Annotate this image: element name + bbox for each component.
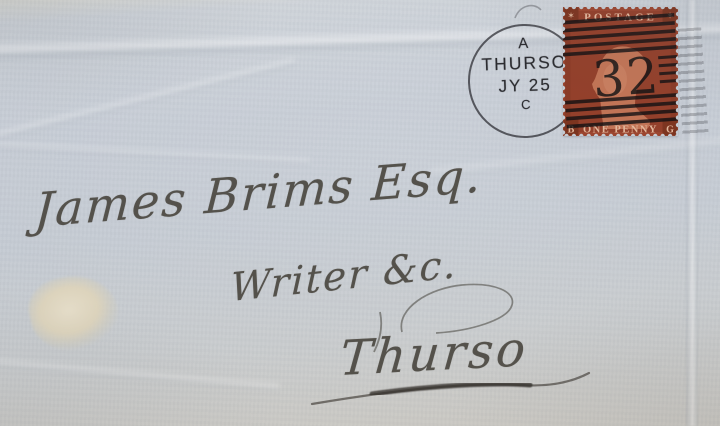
- paper-crease: [0, 55, 296, 149]
- cancel-bars-ghost: [675, 27, 709, 139]
- stain-spot: [23, 268, 124, 359]
- ink-smudge: [515, 6, 541, 18]
- paper-crease: [0, 140, 310, 167]
- address-line-1: James Brims Esq.: [33, 148, 484, 239]
- underline-ink-blob: [372, 384, 530, 394]
- postmark-top-letter: A: [518, 35, 530, 52]
- postmark-date: JY 25: [498, 75, 552, 97]
- stamp-artwork: ✶ ✶ POSTAGE ONE PENNY B G: [563, 7, 678, 136]
- penny-red-stamp: ✶ ✶ POSTAGE ONE PENNY B G: [563, 7, 678, 136]
- address-line-2: Writer &c.: [230, 242, 459, 311]
- address-line-3: Thurso: [338, 321, 531, 387]
- paper-crease: [0, 355, 280, 393]
- cancel-number: 32: [591, 46, 663, 109]
- star-ornament-icon: ✶: [567, 11, 575, 21]
- envelope-photo: A THURSO JY 25 C ✶ ✶ POSTAGE: [0, 0, 720, 426]
- postmark-town: THURSO: [481, 52, 568, 76]
- postmark-bottom-letter: C: [521, 97, 531, 112]
